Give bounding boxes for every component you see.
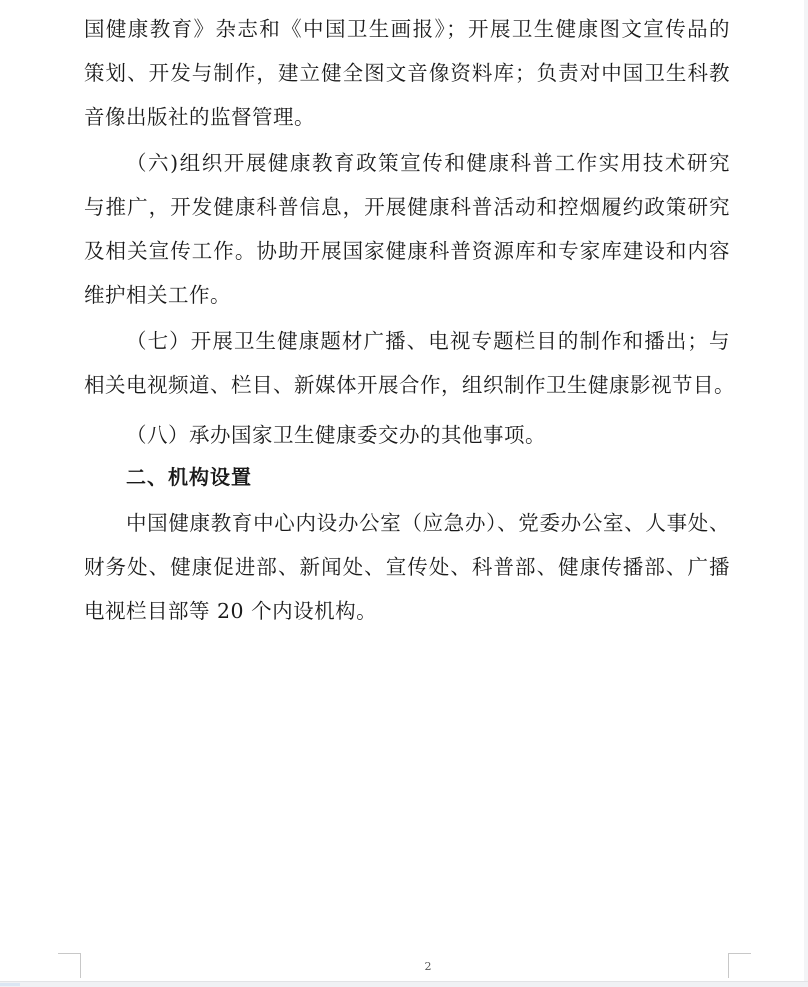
text-line: （七）开展卫生健康题材广播、电视专题栏目的制作和播出；与 xyxy=(84,319,730,363)
horizontal-scrollbar[interactable] xyxy=(0,981,808,987)
text-line: 策划、开发与制作，建立健全图文音像资料库；负责对中国卫生科教 xyxy=(84,51,730,95)
paragraph-7: （七）开展卫生健康题材广播、电视专题栏目的制作和播出；与 相关电视频道、栏目、新… xyxy=(84,319,730,407)
text-line: 及相关宣传工作。协助开展国家健康科普资源库和专家库建设和内容 xyxy=(84,229,730,273)
text-line: 维护相关工作。 xyxy=(84,273,730,317)
text-line: 相关电视频道、栏目、新媒体开展合作，组织制作卫生健康影视节目。 xyxy=(84,363,730,407)
text-line: 音像出版社的监督管理。 xyxy=(84,95,730,139)
page-number: 2 xyxy=(416,960,440,973)
scrollbar-thumb[interactable] xyxy=(0,983,20,986)
text-line: 财务处、健康促进部、新闻处、宣传处、科普部、健康传播部、广播 xyxy=(84,545,730,589)
text-line: （八）承办国家卫生健康委交办的其他事项。 xyxy=(84,413,730,457)
margin-crop-mark-right xyxy=(728,953,751,978)
document-page: 国健康教育》杂志和《中国卫生画报》；开展卫生健康图文宣传品的 策划、开发与制作，… xyxy=(0,0,804,981)
paragraph-5-continued: 国健康教育》杂志和《中国卫生画报》；开展卫生健康图文宣传品的 策划、开发与制作，… xyxy=(84,7,730,139)
page-body: 国健康教育》杂志和《中国卫生画报》；开展卫生健康图文宣传品的 策划、开发与制作，… xyxy=(84,7,730,633)
section-paragraph: 中国健康教育中心内设办公室（应急办）、党委办公室、人事处、 财务处、健康促进部、… xyxy=(84,501,730,633)
text-line: 电视栏目部等 20 个内设机构。 xyxy=(84,589,730,633)
document-viewport: 国健康教育》杂志和《中国卫生画报》；开展卫生健康图文宣传品的 策划、开发与制作，… xyxy=(0,0,808,987)
text-line: 中国健康教育中心内设办公室（应急办）、党委办公室、人事处、 xyxy=(84,501,730,545)
paragraph-8: （八）承办国家卫生健康委交办的其他事项。 xyxy=(84,413,730,457)
text-line: （六)组织开展健康教育政策宣传和健康科普工作实用技术研究 xyxy=(84,141,730,185)
text-line: 国健康教育》杂志和《中国卫生画报》；开展卫生健康图文宣传品的 xyxy=(84,7,730,51)
margin-crop-mark-left xyxy=(58,953,81,978)
paragraph-6: （六)组织开展健康教育政策宣传和健康科普工作实用技术研究 与推广，开发健康科普信… xyxy=(84,141,730,317)
section-heading: 二、机构设置 xyxy=(84,457,730,501)
text-line: 与推广，开发健康科普信息，开展健康科普活动和控烟履约政策研究 xyxy=(84,185,730,229)
